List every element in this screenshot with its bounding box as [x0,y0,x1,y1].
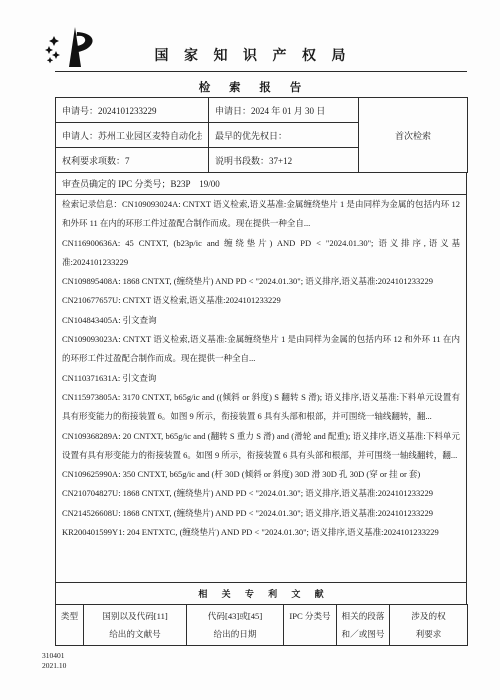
search-record: CN109625990A: 350 CNTXT, b65g/ic and (杆 … [62,465,460,484]
column-header-relevant-claims: 涉及的权 利要求 [390,605,468,646]
report-header: 国 家 知 识 产 权 局 检 索 报 告 [0,0,500,97]
search-record: KR200401599Y1: 204 ENTXTC, (缠绕垫片) AND PD… [62,523,460,542]
column-header-line: 代码[43]或[45] [188,607,282,625]
column-header-line: 涉及的权 [391,607,466,625]
search-record: CN110371631A: 引文查询 [62,369,460,388]
column-header-type: 类型 [56,605,84,646]
ipc-label: 审查员确定的 IPC 分类号； [62,179,171,189]
search-records-table: 检索记录信息：CN109093024A: CNTXT 语义检索,语义基准:金属缠… [55,194,467,583]
ipc-classification-table: 审查员确定的 IPC 分类号；B23P 19/00 [55,172,467,195]
application-info-table: 申请号：2024101233229 申请日：2024 年 01 月 30 日 首… [55,97,468,173]
report-title: 检 索 报 告 [0,79,500,95]
column-header-line: 类型 [57,607,82,625]
claims-count-cell: 权利要求项数：7 [56,148,209,173]
search-records-list: 检索记录信息：CN109093024A: CNTXT 语义检索,语义基准:金属缠… [62,195,460,582]
column-header-line: 国别以及代码[11] [85,607,185,625]
related-patents-title: 相 关 专 利 文 献 [56,583,467,605]
filing-date-label: 申请日： [215,106,251,116]
header-divider [55,71,467,72]
search-record: 检索记录信息：CN109093024A: CNTXT 语义检索,语义基准:金属缠… [62,195,460,234]
search-report-page: { "header": { "agency_title": "国 家 知 识 产… [0,0,500,700]
search-record: CN109895408A: 1868 CNTXT, (缠绕垫片) AND PD … [62,272,460,291]
description-paragraphs-label: 说明书段数： [215,156,269,166]
search-record-text: CN109093024A: CNTXT 语义检索,语义基准:金属缠绕垫片 1 是… [62,199,460,228]
form-code: 310401 [42,651,500,661]
search-record: CN109093023A: CNTXT 语义检索,语义基准:金属缠绕垫片 1 是… [62,330,460,369]
application-number-cell: 申请号：2024101233229 [56,98,209,123]
ipc-value: B23P 19/00 [171,179,220,189]
column-header-line: IPC 分类号 [285,607,335,625]
search-record: CN116900636A: 45 CNTXT, (b23p/ic and 缠绕垫… [62,234,460,273]
search-record: CN210677657U: CNTXT 语义检索,语义基准:2024101233… [62,291,460,310]
search-records-cell: 检索记录信息：CN109093024A: CNTXT 语义检索,语义基准:金属缠… [56,195,467,583]
ipc-classification-cell: 审查员确定的 IPC 分类号；B23P 19/00 [56,173,467,195]
search-record: CN214526608U: 1868 CNTXT, (缠绕垫片) AND PD … [62,504,460,523]
applicant-label: 申请人： [62,131,98,141]
filing-date-value: 2024 年 01 月 30 日 [251,106,325,116]
column-header-line: 相关的段落 [338,607,388,625]
filing-date-cell: 申请日：2024 年 01 月 30 日 [209,98,359,123]
search-type-value: 首次检索 [395,131,431,141]
column-header-ipc-class: IPC 分类号 [284,605,337,646]
search-record: CN210704827U: 1868 CNTXT, (缠绕垫片) AND PD … [62,484,460,503]
search-record: CN109368289A: 20 CNTXT, b65g/ic and (翻转 … [62,427,460,466]
description-paragraphs-value: 37+12 [269,156,292,166]
column-header-line: 给出的日期 [188,625,282,643]
applicant-cell: 申请人：苏州工业园区麦特自动化技术 [56,123,209,148]
claims-count-value: 7 [125,156,130,166]
column-header-document-number: 国别以及代码[11] 给出的文献号 [84,605,187,646]
search-record: CN115973805A: 3170 CNTXT, b65g/ic and ((… [62,388,460,427]
claims-count-label: 权利要求项数： [62,156,125,166]
column-header-line: 利要求 [391,625,466,643]
form-footer: 310401 2021.10 [42,651,500,671]
column-header-relevant-passages: 相关的段落 和／或图号 [337,605,390,646]
column-header-publication-date: 代码[43]或[45] 给出的日期 [187,605,284,646]
description-paragraphs-cell: 说明书段数：37+12 [209,148,359,173]
priority-date-cell: 最早的优先权日： [209,123,359,148]
form-version: 2021.10 [42,661,500,671]
column-header-line: 和／或图号 [338,625,388,643]
related-patents-header-table: 类型 国别以及代码[11] 给出的文献号 代码[43]或[45] 给出的日期 I… [55,604,468,646]
priority-date-label: 最早的优先权日： [215,131,287,141]
related-patents-title-table: 相 关 专 利 文 献 [55,582,467,605]
search-record: CN104843405A: 引文查询 [62,311,460,330]
agency-title: 国 家 知 识 产 权 局 [0,45,500,65]
column-header-line: 给出的文献号 [85,625,185,643]
application-number-value: 2024101233229 [98,106,157,116]
application-number-label: 申请号： [62,106,98,116]
search-records-label: 检索记录信息： [62,199,122,209]
applicant-value: 苏州工业园区麦特自动化技术 [98,131,202,141]
search-type-cell: 首次检索 [359,98,468,173]
